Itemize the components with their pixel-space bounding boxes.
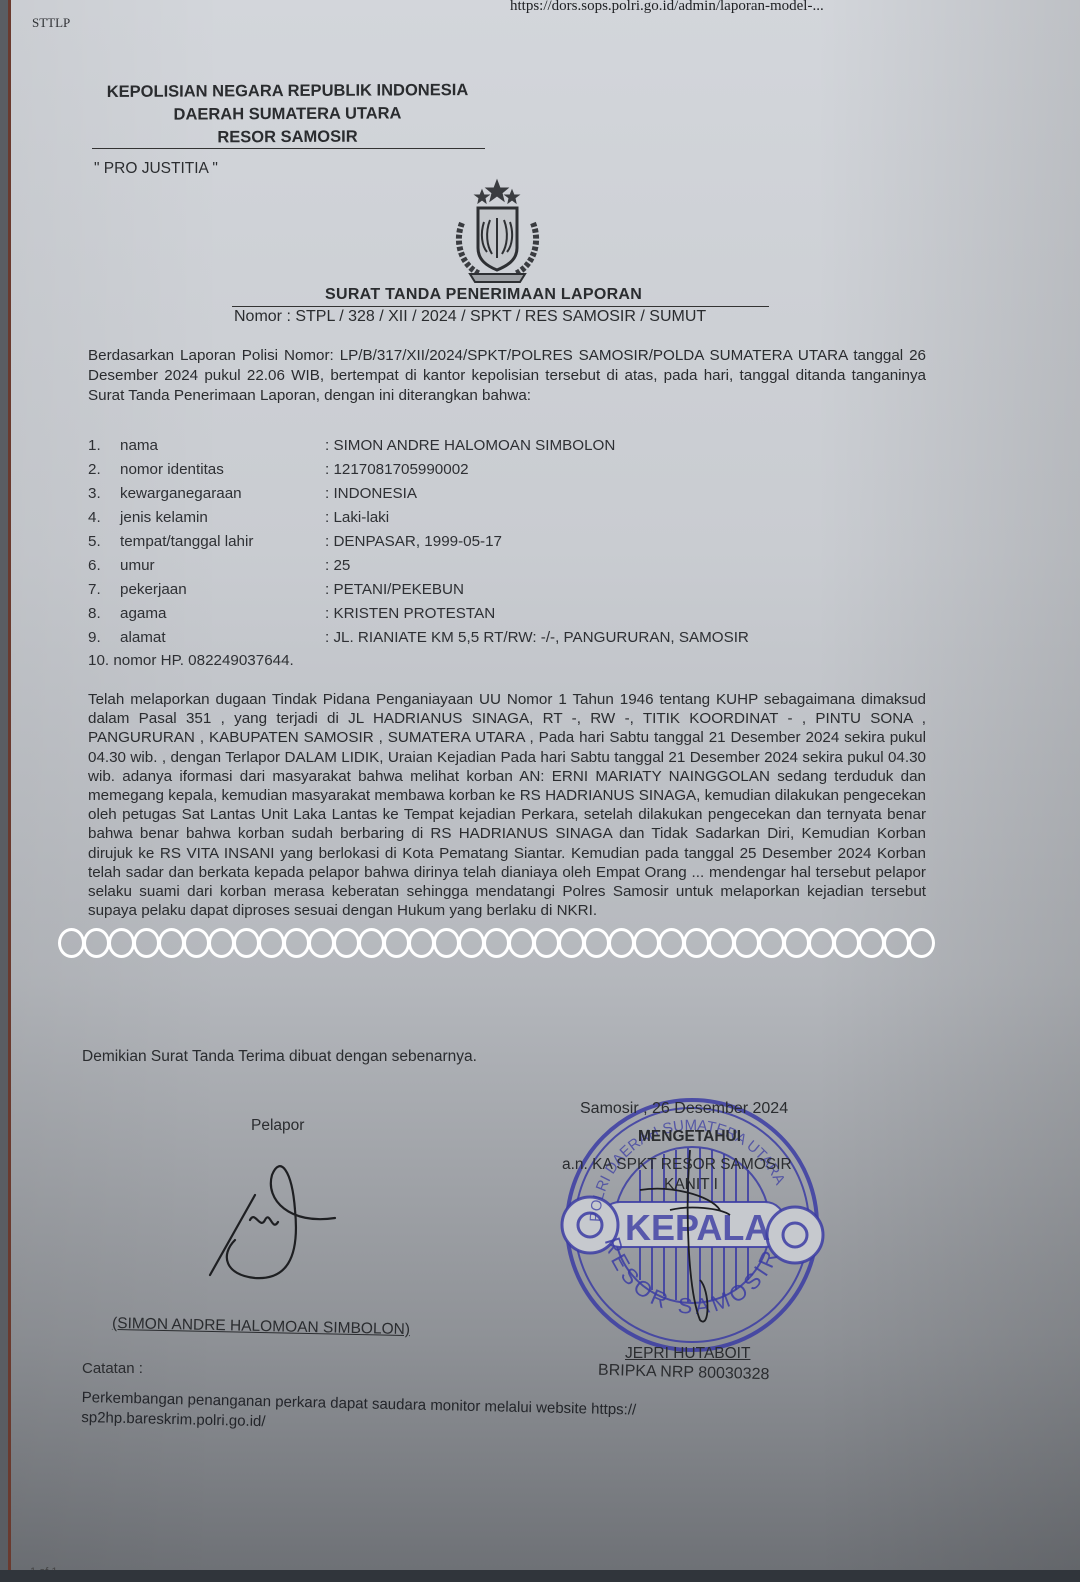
field-value: : Laki-laki [325, 509, 888, 526]
row-number: 9. [88, 629, 120, 646]
field-value: : DENPASAR, 1999-05-17 [325, 533, 888, 550]
reporter-signature-icon [200, 1150, 350, 1290]
identity-row: 5.tempat/tanggal lahir: DENPASAR, 1999-0… [88, 530, 888, 554]
row-number: 8. [88, 605, 120, 622]
row-number: 7. [88, 581, 120, 598]
field-value: : PETANI/PEKEBUN [325, 581, 888, 598]
identity-row: 6.umur: 25 [88, 553, 888, 577]
signing-place-date: Samosir , 26 Desember 2024 [580, 1100, 788, 1118]
form-code: STTLP [32, 15, 70, 31]
identity-row: 2.nomor identitas: 1217081705990002 [88, 458, 888, 482]
field-label: tempat/tanggal lahir [120, 533, 325, 550]
classification-label: " PRO JUSTITIA " [94, 160, 218, 178]
field-label: nama [120, 437, 325, 454]
field-value: : JL. RIANIATE KM 5,5 RT/RW: -/-, PANGUR… [325, 629, 888, 646]
identity-row: 1.nama: SIMON ANDRE HALOMOAN SIMBOLON [88, 434, 888, 458]
acknowledged-label: MENGETAHUI [638, 1128, 741, 1146]
identity-row: 4.jenis kelamin: Laki-laki [88, 506, 888, 530]
note-label: Catatan : [82, 1360, 143, 1377]
closing-statement: Demikian Surat Tanda Terima dibuat denga… [82, 1048, 477, 1066]
document-title: SURAT TANDA PENERIMAAN LAPORAN [325, 286, 642, 304]
reporter-role-label: Pelapor [251, 1117, 304, 1135]
identity-row: 9.alamat: JL. RIANIATE KM 5,5 RT/RW: -/-… [88, 625, 888, 649]
svg-text:KEPALA: KEPALA [625, 1207, 770, 1248]
identity-row: 7.pekerjaan: PETANI/PEKEBUN [88, 577, 888, 601]
field-value: : KRISTEN PROTESTAN [325, 605, 888, 622]
row-number: 5. [88, 533, 120, 550]
field-value: : 25 [325, 557, 888, 574]
letterhead-line-3: RESOR SAMOSIR [90, 125, 485, 150]
field-label: umur [120, 557, 325, 574]
identity-row: 8.agama: KRISTEN PROTESTAN [88, 601, 888, 625]
row-number: 4. [88, 509, 120, 526]
intro-paragraph: Berdasarkan Laporan Polisi Nomor: LP/B/3… [88, 346, 926, 405]
on-behalf-label: a.n. KA SPKT RESOR SAMOSIR [562, 1156, 792, 1174]
report-body-paragraph: Telah melaporkan dugaan Tindak Pidana Pe… [88, 690, 926, 920]
field-value: : SIMON ANDRE HALOMOAN SIMBOLON [325, 437, 888, 454]
letterhead-line-1: KEPOLISIAN NEGARA REPUBLIK INDONESIA [90, 79, 485, 104]
field-label: jenis kelamin [120, 509, 325, 526]
row-number: 2. [88, 461, 120, 478]
identity-phone-row: 10. nomor HP. 082249037644. [88, 649, 888, 673]
field-label: pekerjaan [120, 581, 325, 598]
police-emblem-icon [440, 178, 555, 288]
field-label: nomor identitas [120, 461, 325, 478]
field-label: alamat [120, 629, 325, 646]
identity-list: 1.nama: SIMON ANDRE HALOMOAN SIMBOLON 2.… [88, 434, 888, 673]
letterhead: KEPOLISIAN NEGARA REPUBLIK INDONESIA DAE… [90, 79, 485, 150]
field-label: agama [120, 605, 325, 622]
field-value: : 1217081705990002 [325, 461, 888, 478]
field-value: : INDONESIA [325, 485, 888, 502]
field-label: kewarganegaraan [120, 485, 325, 502]
row-number: 1. [88, 437, 120, 454]
officer-name: JEPRI HUTABOIT [625, 1345, 750, 1363]
title-divider [232, 306, 769, 307]
letterhead-divider [92, 148, 485, 149]
bottom-bar [0, 1570, 1080, 1582]
row-number: 3. [88, 485, 120, 502]
officer-position: KANIT I [664, 1176, 718, 1194]
letterhead-line-2: DAERAH SUMATERA UTARA [90, 102, 485, 127]
document-number: Nomor : STPL / 328 / XII / 2024 / SPKT /… [234, 308, 706, 326]
row-number: 6. [88, 557, 120, 574]
identity-row: 3.kewarganegaraan: INDONESIA [88, 482, 888, 506]
print-url: https://dors.sops.polri.go.id/admin/lapo… [510, 0, 824, 15]
